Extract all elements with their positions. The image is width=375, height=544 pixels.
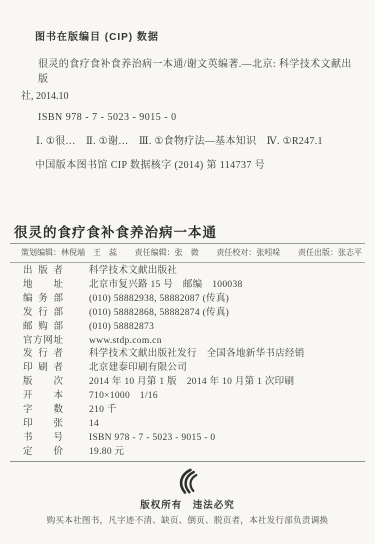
colophon-row-word-count: 字数210 千 <box>23 404 363 418</box>
book-title: 很灵的食疗食补食养治病一本通 <box>14 221 363 241</box>
editor-pair: 责任校对：张吲哚 <box>216 247 280 258</box>
editor-name: 林倪端 王 蕊 <box>61 248 117 257</box>
defective-copy-exchange-notice: 购买本社图书，凡字迹不清、缺页、倒页、脱页者，本社发行部负责调换 <box>0 514 375 526</box>
colophon-value: 19.80 元 <box>89 446 124 460</box>
colophon-value: 北京市复兴路 15 号 邮编 100038 <box>89 279 243 293</box>
colophon-row-mail-order-dept: 邮购部(010) 58882873 <box>23 321 363 335</box>
colophon-label: 版次 <box>23 376 63 390</box>
editor-name: 张志平 <box>338 248 362 257</box>
editor-label: 责任校对： <box>216 248 256 257</box>
cip-isbn: ISBN 978 - 7 - 5023 - 9015 - 0 <box>38 110 359 125</box>
colophon-value: 710×1000 1/16 <box>89 390 158 404</box>
editor-pair: 责任出版：张志平 <box>298 247 362 258</box>
colophon-row-distributor: 发行者科学技术文献出版社发行 全国各地新华书店经销 <box>23 348 363 362</box>
colophon: 出版者科学技术文献出版社 地址北京市复兴路 15 号 邮编 100038 编务部… <box>23 265 363 460</box>
editor-name: 张吲哚 <box>256 248 280 257</box>
colophon-value: 北京建泰印刷有限公司 <box>89 362 187 376</box>
colophon-label: 发行部 <box>23 307 63 321</box>
editors-line: 策划编辑：林倪端 王 蕊 责任编辑：张 微 责任校对：张吲哚 责任出版：张志平 <box>21 247 362 258</box>
divider-below-editors <box>10 262 365 263</box>
stdp-press-swirl-logo <box>0 466 375 501</box>
colophon-label: 印张 <box>23 418 63 432</box>
colophon-label: 发行者 <box>23 348 63 362</box>
colophon-label: 邮购部 <box>23 321 63 335</box>
colophon-label: 开本 <box>23 390 63 404</box>
colophon-value: ISBN 978 - 7 - 5023 - 9015 - 0 <box>89 432 215 446</box>
editor-label: 责任编辑： <box>135 248 175 257</box>
colophon-value: 210 千 <box>89 404 117 418</box>
cip-block: 图书在版编目 (CIP) 数据 很灵的食疗食补食养治病一本通/谢文英编著.—北京… <box>21 30 359 173</box>
colophon-row-book-number: 书号ISBN 978 - 7 - 5023 - 9015 - 0 <box>23 432 363 446</box>
colophon-label: 字数 <box>23 404 63 418</box>
editor-pair: 策划编辑：林倪端 王 蕊 <box>21 247 117 258</box>
colophon-label: 定价 <box>23 446 63 460</box>
colophon-value: 科学技术文献出版社发行 全国各地新华书店经销 <box>89 348 305 362</box>
colophon-label: 编务部 <box>23 293 63 307</box>
colophon-value: (010) 58882938, 58882087 (传真) <box>89 293 229 307</box>
colophon-label: 官方网址 <box>23 335 63 349</box>
copyright-rights-statement: 版权所有 违法必究 <box>0 497 375 511</box>
cip-record-number: 中国版本图书馆 CIP 数据核字 (2014) 第 114737 号 <box>35 158 359 173</box>
cip-title-line: 很灵的食疗食补食养治病一本通/谢文英编著.—北京: 科学技术文献出版 <box>38 57 359 87</box>
colophon-row-edition: 版次2014 年 10 月第 1 版 2014 年 10 月第 1 次印刷 <box>23 376 363 390</box>
divider-above-footer <box>10 461 365 462</box>
cip-classification: Ⅰ. ①很… Ⅱ. ①谢… Ⅲ. ①食物疗法—基本知识 Ⅳ. ①R247.1 <box>36 134 359 149</box>
copyright-page: 图书在版编目 (CIP) 数据 很灵的食疗食补食养治病一本通/谢文英编著.—北京… <box>0 0 375 544</box>
colophon-label: 书号 <box>23 432 63 446</box>
colophon-value: 2014 年 10 月第 1 版 2014 年 10 月第 1 次印刷 <box>89 376 294 390</box>
divider-above-editors <box>10 243 365 244</box>
editor-pair: 责任编辑：张 微 <box>135 247 199 258</box>
cip-title-line-wrap: 社, 2014.10 <box>21 89 359 104</box>
colophon-value: www.stdp.com.cn <box>89 335 162 349</box>
colophon-row-format: 开本710×1000 1/16 <box>23 390 363 404</box>
colophon-row-editorial-dept: 编务部(010) 58882938, 58882087 (传真) <box>23 293 363 307</box>
colophon-value: (010) 58882868, 58882874 (传真) <box>89 307 229 321</box>
colophon-row-price: 定价19.80 元 <box>23 446 363 460</box>
cip-header: 图书在版编目 (CIP) 数据 <box>35 30 359 45</box>
colophon-row-publisher: 出版者科学技术文献出版社 <box>23 265 363 279</box>
colophon-label: 出版者 <box>23 265 63 279</box>
colophon-row-address: 地址北京市复兴路 15 号 邮编 100038 <box>23 279 363 293</box>
colophon-value: 14 <box>89 418 99 432</box>
colophon-row-printer: 印刷者北京建泰印刷有限公司 <box>23 362 363 376</box>
colophon-row-sheets: 印张14 <box>23 418 363 432</box>
colophon-value: (010) 58882873 <box>89 321 154 335</box>
editor-name: 张 微 <box>175 248 199 257</box>
colophon-label: 地址 <box>23 279 63 293</box>
editor-label: 责任出版： <box>298 248 338 257</box>
editor-label: 策划编辑： <box>21 248 61 257</box>
colophon-row-distribution-dept: 发行部(010) 58882868, 58882874 (传真) <box>23 307 363 321</box>
colophon-value: 科学技术文献出版社 <box>89 265 177 279</box>
colophon-label: 印刷者 <box>23 362 63 376</box>
colophon-row-website: 官方网址www.stdp.com.cn <box>23 335 363 349</box>
